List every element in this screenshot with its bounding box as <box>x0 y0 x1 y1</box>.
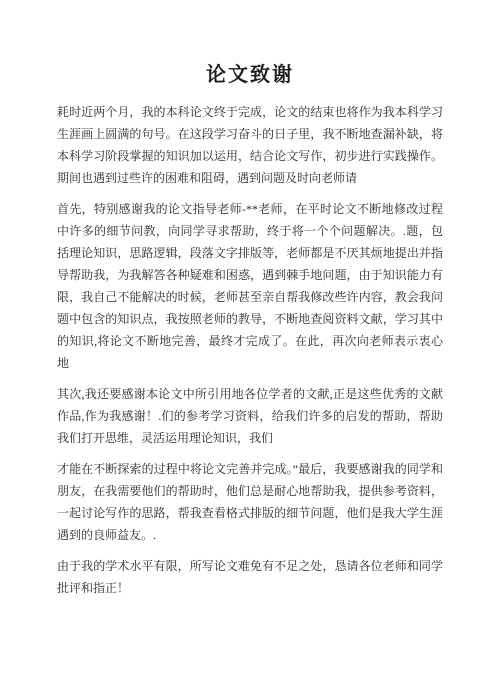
paragraph-3: 其次,我还要感谢本论文中所引用地各位学者的文献,正是这些优秀的文献作品,作为我感… <box>57 383 443 449</box>
document-title: 论文致谢 <box>57 58 443 87</box>
paragraph-2: 首先，特别感谢我的论文指导老师-**老师，在平时论文不断地修改过程中许多的细节问… <box>57 198 443 374</box>
document-page: 论文致谢 耗时近两个月，我的本科论文终于完成，论文的结束也将作为我本科学习生涯画… <box>0 0 500 698</box>
paragraph-1: 耗时近两个月，我的本科论文终于完成，论文的结束也将作为我本科学习生涯画上圆满的句… <box>57 101 443 189</box>
paragraph-4: 才能在不断探索的过程中将论文完善并完成。”最后，我要感谢我的同学和朋友，在我需要… <box>57 458 443 546</box>
document-body: 耗时近两个月，我的本科论文终于完成，论文的结束也将作为我本科学习生涯画上圆满的句… <box>57 101 443 599</box>
paragraph-5: 由于我的学术水平有限，所写论文难免有不足之处，恳请各位老师和同学批评和指正！ <box>57 555 443 599</box>
